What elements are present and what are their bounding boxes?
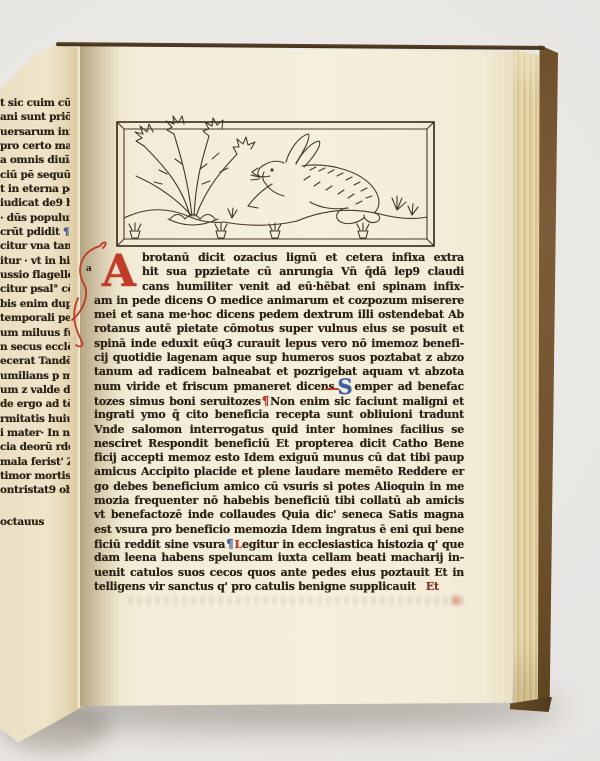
text-fragment: itur · vt in his (0, 254, 70, 268)
text-segment: Non enim sic faciunt maligni et (270, 395, 464, 408)
text-fragment: timor mortis īn (0, 469, 70, 483)
text-line: nesciret Respondit beneficiū Et proptere… (94, 437, 464, 451)
blue-pilcrow-mark: ¶ (226, 537, 233, 551)
show-through-text (128, 596, 464, 605)
text-fragment: bis enim duplic (0, 297, 70, 311)
text-line: est vsura pro beneficio memozia Idem ing… (94, 523, 464, 537)
text-fragment: ussio flagellōū (0, 268, 70, 282)
text-fragment: um miluus fuit (0, 326, 70, 340)
text-fragment: cia deorū rdde (0, 440, 70, 454)
show-through-rubric (452, 596, 461, 605)
guide-letter: a (86, 264, 92, 274)
text-fragment-text: crūt pdidit (0, 226, 63, 238)
red-pilcrow-mark: ¶ (262, 394, 269, 408)
text-line: num viride et friscum pmaneret dicensSem… (94, 380, 464, 394)
text-line: Vnde salomon interrogatus quid inter hom… (94, 423, 464, 437)
text-line: tanum ad radicem balneabat et pozrigebat… (94, 365, 464, 379)
blue-pilcrow-mark: ¶ (63, 226, 69, 238)
text-fragment: um z valde dītē (0, 383, 70, 397)
blue-initial-s: S (338, 381, 353, 393)
text-fragment: mala ferist' Zi (0, 455, 70, 469)
text-line: ingrati ymo q̄ cito beneficia recepta su… (94, 408, 464, 422)
red-touched-capital: Et (426, 580, 439, 593)
hare-and-southernwood-woodcut (112, 114, 442, 254)
text-fragment: i mater· In nrō (0, 426, 70, 440)
text-line: dam leena habens speluncam iuxta cellam … (94, 551, 464, 565)
text-fragment: t sic cuim cū cōni (0, 96, 70, 110)
text-fragment: ciū pē sequūtis (0, 168, 70, 182)
page-block-fore-edge (513, 50, 540, 704)
text-fragment: citur vna tamen (0, 239, 70, 253)
text-fragment: de ergo ad tēpli (0, 397, 70, 411)
text-segment: ficiū reddit sine vsura (94, 538, 225, 551)
text-fragment: iudicat de9 his (0, 196, 70, 210)
text-fragment: ani sunt priōns (0, 110, 70, 124)
text-line: brotanū dicit ozacius lignū et cetera in… (94, 251, 464, 265)
text-fragment: crūt pdidit ¶ (0, 225, 70, 239)
text-fragment: uersarum infir (0, 125, 70, 139)
text-segment: telligens vir sanctus q' pro catulis ben… (94, 580, 416, 593)
text-segment: emper ad benefac (354, 380, 464, 393)
hare-figure (248, 134, 380, 224)
text-line: uenit catulos suos cecos quos ante pedes… (94, 566, 464, 580)
photo-background: t sic cuim cū cōni ani sunt priōns uersa… (0, 0, 600, 761)
text-fragment: ontristat9 obijt (0, 483, 70, 497)
left-page-text-column: t sic cuim cū cōni ani sunt priōns uersa… (0, 96, 70, 498)
text-line: rotanus autē pietate cōmotus super vulnu… (94, 322, 464, 336)
text-line: telligens vir sanctus q' pro catulis ben… (94, 580, 464, 594)
text-line: mozia frequenter nō habebis beneficiū ti… (94, 494, 464, 508)
southernwood-plant (135, 116, 255, 225)
text-segment: tozes simus boni seruitozes (94, 395, 261, 408)
text-segment: egitur in ecclesiastica histozia q' que (242, 538, 464, 551)
text-line: cij quotidie lagenam aque sup humeros su… (94, 351, 464, 365)
text-line: hit sua ppzietate cū anrungia Vn̄ q̄dā l… (94, 265, 464, 279)
text-line: ficiū reddit sine vsura¶Legitur in eccle… (94, 537, 464, 551)
text-segment: num viride et friscum pmaneret dicens (94, 380, 335, 393)
text-fragment: n secus ecclēas (0, 340, 70, 354)
text-line: cans humiliter venit ad eū·hēbat eni spi… (94, 280, 464, 294)
book-cover-right-edge (538, 45, 558, 713)
text-line: spinā inde eduxit eūq3 curauit lepus ver… (94, 337, 464, 351)
text-line: mei et sana me·hoc dicens pedem dextrum … (94, 308, 464, 322)
text-fragment: rmitatis huius (0, 412, 70, 426)
text-line: amicus Accipito placide et plene laudare… (94, 465, 464, 479)
main-text-block: brotanū dicit ozacius lignū et cetera in… (94, 251, 464, 594)
text-fragment: temporali pena (0, 311, 70, 325)
text-line: ficij accepti memoz esto Idem exiguū mun… (94, 451, 464, 465)
text-fragment: t in eterna pōf (0, 182, 70, 196)
text-fragment: a omnis diuīa (0, 153, 70, 167)
text-fragment: ecerat Tandēu (0, 354, 70, 368)
red-touched-capital: L (235, 538, 242, 551)
text-line: go debes beneficium amico cū vsuris si p… (94, 480, 464, 494)
text-fragment: pro certo mag (0, 139, 70, 153)
text-fragment: umilians p mī (0, 369, 70, 383)
text-line: tozes simus boni seruitozes¶Non enim sic… (94, 394, 464, 408)
text-fragment: citur psal° cōīs (0, 282, 70, 296)
text-line: am in pede dicens O medice animarum et c… (94, 294, 464, 308)
left-margin-word: octauus (0, 516, 44, 528)
text-line: vt benefactozē inde collaudes Quia dic' … (94, 508, 464, 522)
text-fragment: · dūs populum (0, 211, 70, 225)
